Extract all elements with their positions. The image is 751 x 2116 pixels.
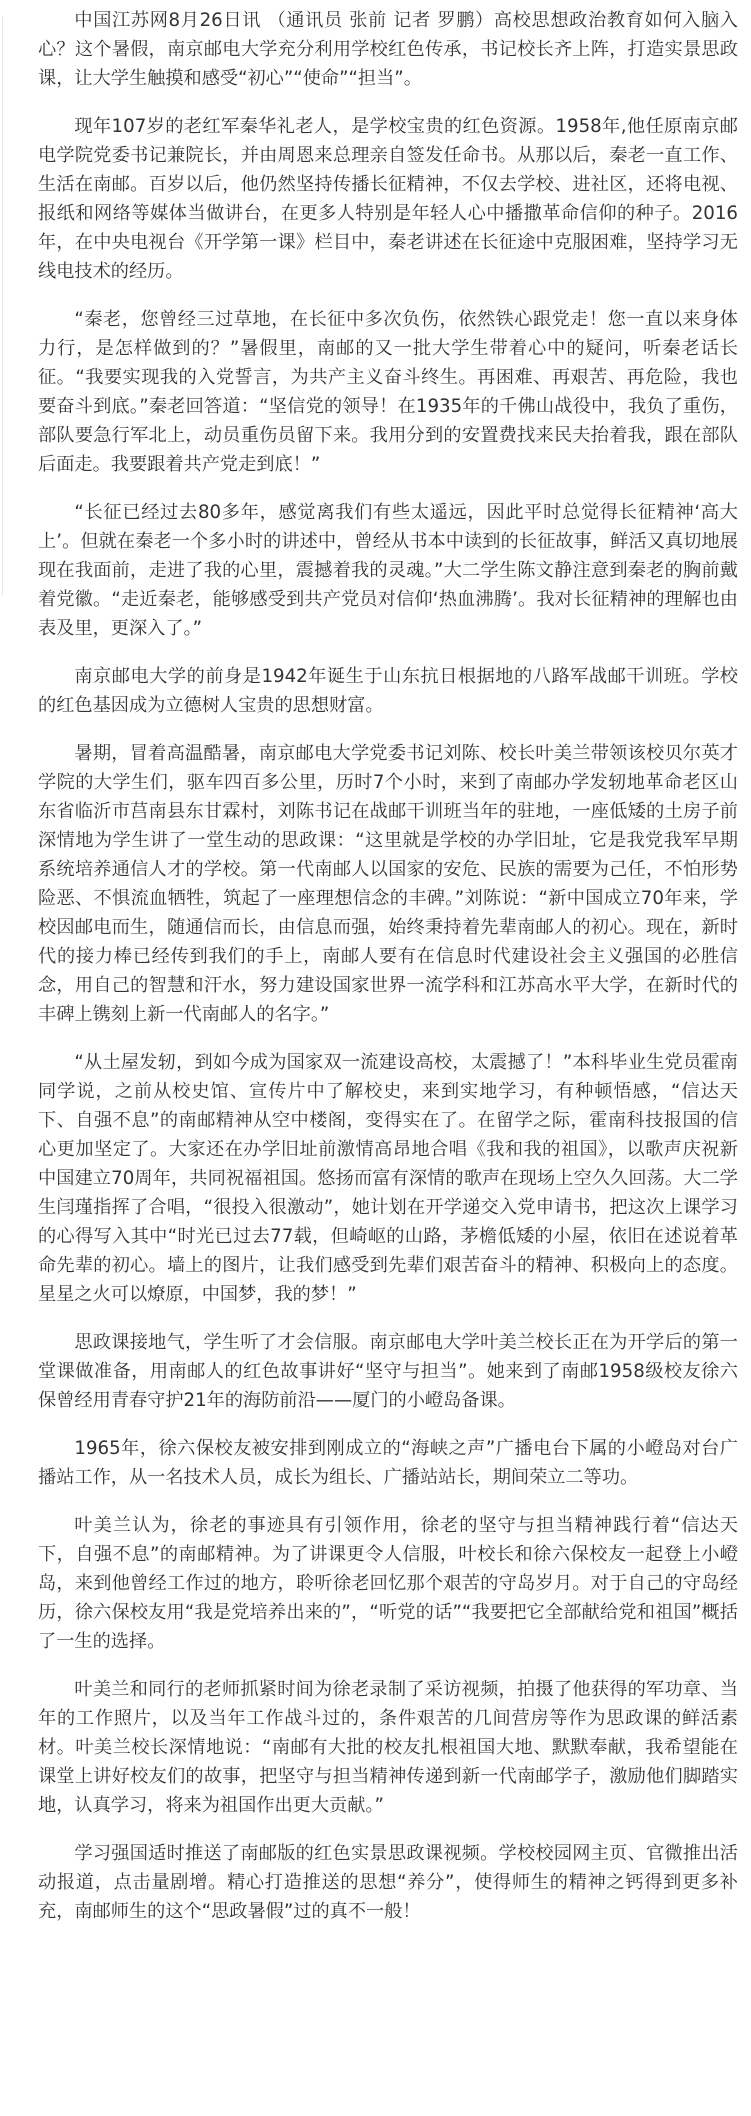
article-paragraph: 思政课接地气，学生听了才会信服。南京邮电大学叶美兰校长正在为开学后的第一堂课做准…: [38, 1328, 738, 1415]
article-paragraph: 南京邮电大学的前身是1942年诞生于山东抗日根据地的八路军战邮干训班。学校的红色…: [38, 662, 738, 720]
article-paragraph: “长征已经过去80多年，感觉离我们有些太遥远，因此平时总觉得长征精神‘高大上’。…: [38, 498, 738, 643]
article-paragraph: 叶美兰认为，徐老的事迹具有引领作用，徐老的坚守与担当精神践行着“信达天下，自强不…: [38, 1511, 738, 1656]
article-paragraph: 现年107岁的老红军秦华礼老人，是学校宝贵的红色资源。1958年,他任原南京邮电…: [38, 112, 738, 286]
article-paragraph: 暑期，冒着高温酷暑，南京邮电大学党委书记刘陈、校长叶美兰带领该校贝尔英才学院的大…: [38, 739, 738, 1029]
article-paragraph: 叶美兰和同行的老师抓紧时间为徐老录制了采访视频，拍摄了他获得的军功章、当年的工作…: [38, 1675, 738, 1820]
article-paragraph: “从土屋发轫，到如今成为国家双一流建设高校，太震撼了！”本科毕业生党员霍南同学说…: [38, 1048, 738, 1309]
article-body: 中国江苏网8月26日讯 （通讯员 张前 记者 罗鹏）高校思想政治教育如何入脑入心…: [38, 6, 738, 1945]
article-paragraph: 1965年，徐六保校友被安排到刚成立的“海峡之声”广播电台下属的小嶝岛对台广播站…: [38, 1434, 738, 1492]
article-paragraph: “秦老，您曾经三过草地，在长征中多次负伤，依然铁心跟党走！您一直以来身体力行，是…: [38, 305, 738, 479]
left-border-rule: [2, 16, 3, 596]
article-paragraph: 学习强国适时推送了南邮版的红色实景思政课视频。学校校园网主页、官微推出活动报道，…: [38, 1839, 738, 1926]
article-paragraph: 中国江苏网8月26日讯 （通讯员 张前 记者 罗鹏）高校思想政治教育如何入脑入心…: [38, 6, 738, 93]
